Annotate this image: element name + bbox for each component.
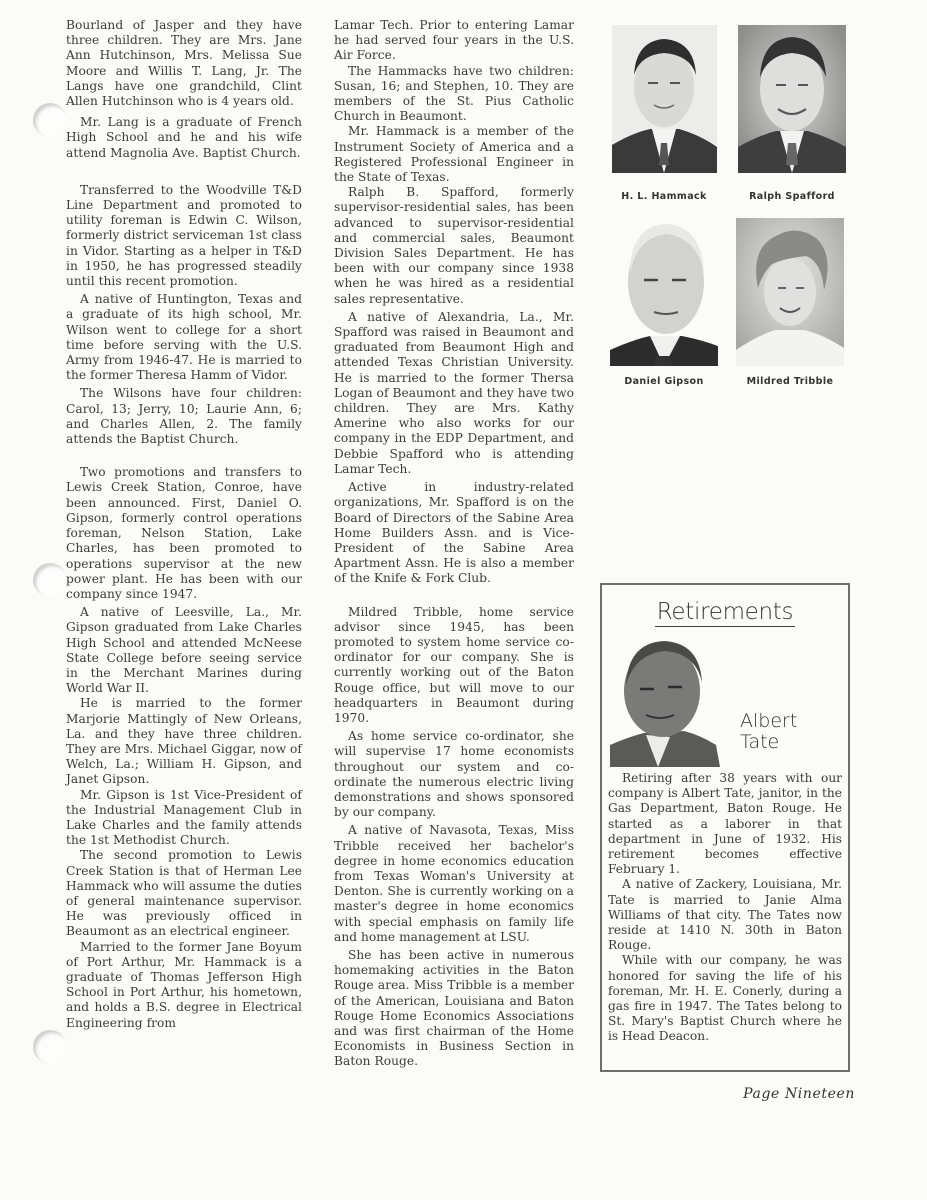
paragraph: A native of Alexandria, La., Mr. Spaffor… [334, 310, 574, 477]
portrait-photo-tribble [736, 218, 844, 366]
article-column-1: Bourland of Jasper and they have three c… [66, 18, 302, 1031]
paragraph: Mr. Lang is a graduate of French High Sc… [66, 115, 302, 161]
portrait-caption: Ralph Spafford [732, 191, 852, 202]
paragraph: A native of Huntington, Texas and a grad… [66, 292, 302, 383]
woman-portrait-icon [736, 218, 844, 366]
paragraph: The Wilsons have four children: Carol, 1… [66, 386, 302, 447]
retiree-first-name: Albert [740, 711, 797, 732]
man-portrait-icon [612, 25, 717, 173]
paragraph: Ralph B. Spafford, formerly supervisor-r… [334, 185, 574, 307]
paragraph: Married to the former Jane Boyum of Port… [66, 940, 302, 1031]
retirement-article: Retiring after 38 years with our company… [608, 771, 842, 1045]
retiree-last-name: Tate [740, 732, 797, 753]
hole-punch-bottom [33, 1030, 67, 1064]
portrait-photo-gipson [610, 218, 718, 366]
hole-punch-top [33, 103, 67, 137]
portrait-caption: H. L. Hammack [604, 191, 724, 202]
man-portrait-icon [610, 218, 718, 366]
paragraph: As home service co-ordinator, she will s… [334, 729, 574, 820]
paragraph: Mr. Gipson is 1st Vice-President of the … [66, 788, 302, 849]
paragraph: She has been active in numerous homemaki… [334, 948, 574, 1070]
paragraph: Mr. Hammack is a member of the Instrumen… [334, 124, 574, 185]
paragraph: Active in industry-related organizations… [334, 480, 574, 586]
retirements-heading: Retirements [602, 599, 848, 625]
portrait-photo-spafford [738, 25, 846, 173]
man-portrait-icon [610, 633, 722, 767]
paragraph: Lamar Tech. Prior to entering Lamar he h… [334, 18, 574, 64]
paragraph: A native of Leesville, La., Mr. Gipson g… [66, 605, 302, 696]
retirements-box: Retirements Albert Tate Retiring after 3… [600, 583, 850, 1072]
page-number: Page Nineteen [743, 1086, 855, 1102]
retirements-title: Retirements [655, 599, 795, 627]
paragraph: A native of Zackery, Louisiana, Mr. Tate… [608, 877, 842, 953]
portrait-photo-tate [610, 633, 722, 767]
paragraph: Retiring after 38 years with our company… [608, 771, 842, 877]
retiree-name: Albert Tate [740, 711, 797, 753]
portrait-caption: Mildred Tribble [730, 376, 850, 387]
paragraph: Transferred to the Woodville T&D Line De… [66, 183, 302, 289]
portrait-caption: Daniel Gipson [604, 376, 724, 387]
paragraph: He is married to the former Marjorie Mat… [66, 696, 302, 787]
portrait-photo-hammack [612, 25, 717, 173]
paragraph: The second promotion to Lewis Creek Stat… [66, 848, 302, 939]
paragraph: The Hammacks have two children: Susan, 1… [334, 64, 574, 125]
paragraph: Two promotions and transfers to Lewis Cr… [66, 465, 302, 602]
man-portrait-icon [738, 25, 846, 173]
paragraph: Bourland of Jasper and they have three c… [66, 18, 302, 109]
hole-punch-middle [33, 563, 67, 597]
article-column-2: Lamar Tech. Prior to entering Lamar he h… [334, 18, 574, 1070]
paragraph: While with our company, he was honored f… [608, 953, 842, 1044]
paragraph: Mildred Tribble, home service advisor si… [334, 605, 574, 727]
paragraph: A native of Navasota, Texas, Miss Tribbl… [334, 823, 574, 945]
